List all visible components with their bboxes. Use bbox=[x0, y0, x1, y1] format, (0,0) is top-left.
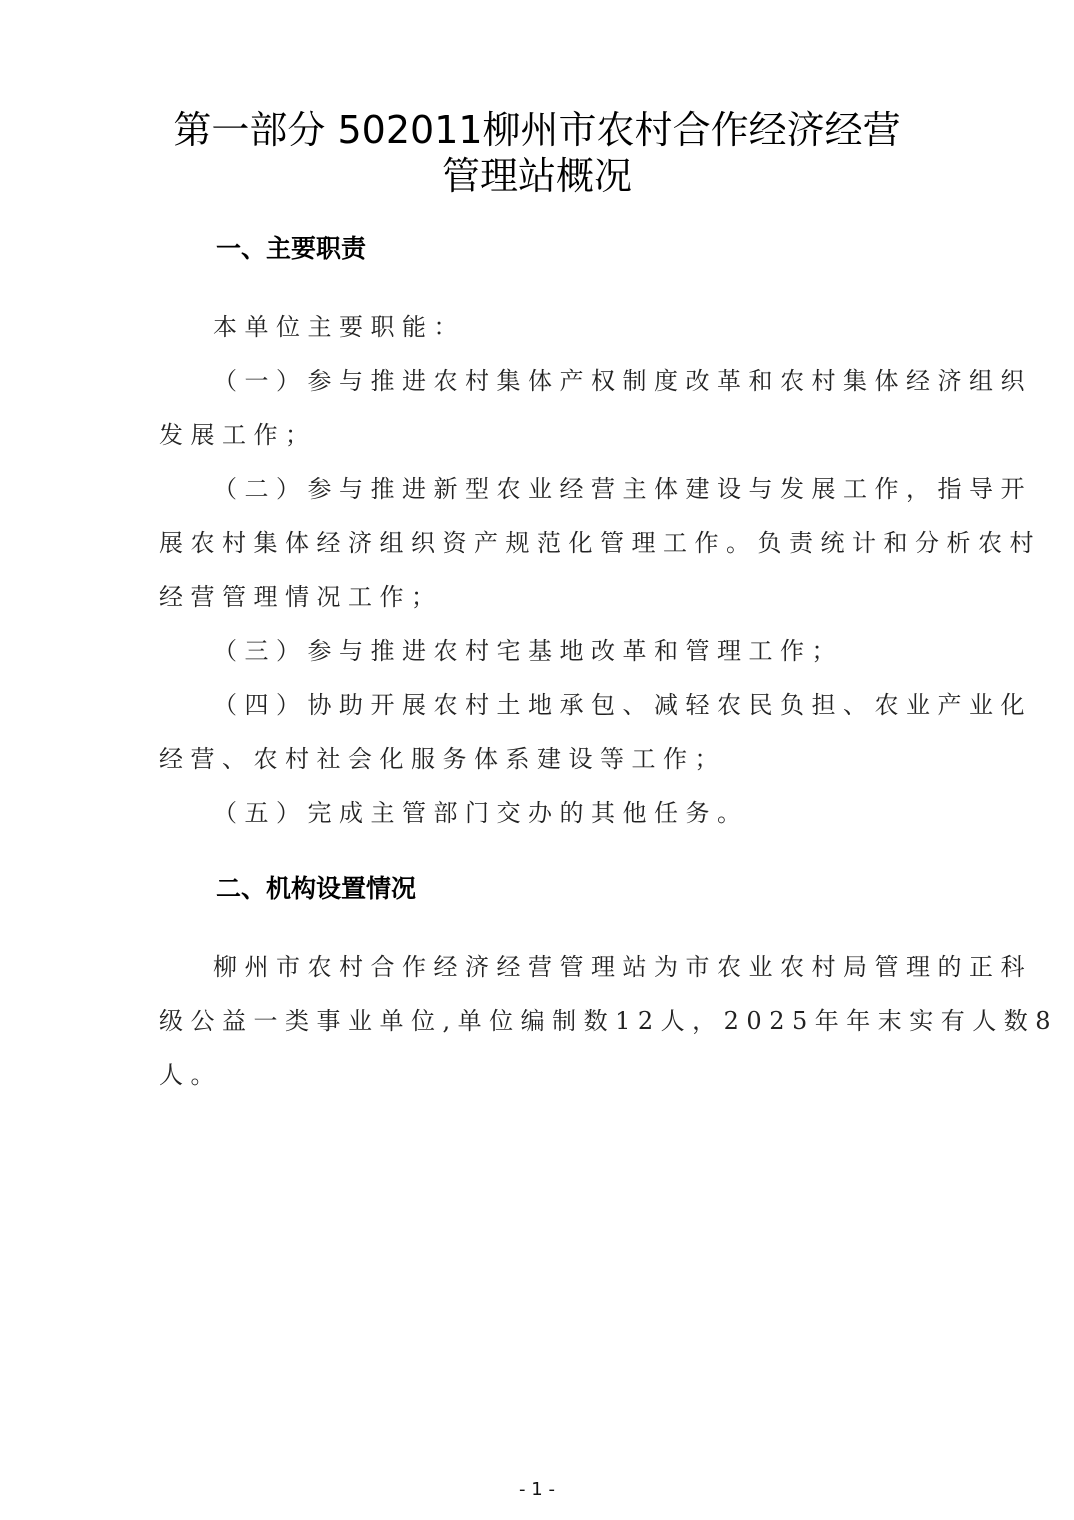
org-paragraph-line1: 柳州市农村合作经济经营管理站为市农业农村局管理的正科 bbox=[213, 950, 1032, 984]
section-heading-main-duties: 一、主要职责 bbox=[216, 232, 366, 266]
duty-item-2-line1: （二）参与推进新型农业经营主体建设与发展工作，指导开 bbox=[213, 472, 1032, 506]
duty-item-5-line1: （五）完成主管部门交办的其他任务。 bbox=[213, 796, 749, 830]
duty-item-2-line3: 经营管理情况工作； bbox=[159, 580, 443, 614]
section-heading-org-setup: 二、机构设置情况 bbox=[216, 872, 416, 906]
org-paragraph-line2: 级公益一类事业单位,单位编制数12人，2025年年末实有人数8 bbox=[159, 1004, 1058, 1038]
document-title-line2: 管理站概况 bbox=[0, 152, 1074, 200]
document-title-line1: 第一部分 502011柳州市农村合作经济经营 bbox=[0, 106, 1074, 154]
duty-item-2-line2: 展农村集体经济组织资产规范化管理工作。负责统计和分析农村 bbox=[159, 526, 1041, 560]
duty-item-4-line1: （四）协助开展农村土地承包、减轻农民负担、农业产业化 bbox=[213, 688, 1032, 722]
duty-item-4-line2: 经营、农村社会化服务体系建设等工作； bbox=[159, 742, 726, 776]
duty-item-1-line2: 发展工作； bbox=[159, 418, 317, 452]
paragraph-intro: 本单位主要职能： bbox=[213, 310, 465, 344]
duty-item-1-line1: （一）参与推进农村集体产权制度改革和农村集体经济组织 bbox=[213, 364, 1032, 398]
org-paragraph-line3: 人。 bbox=[159, 1058, 222, 1092]
duty-item-3-line1: （三）参与推进农村宅基地改革和管理工作； bbox=[213, 634, 843, 668]
page-number: - 1 - bbox=[0, 1478, 1074, 1502]
